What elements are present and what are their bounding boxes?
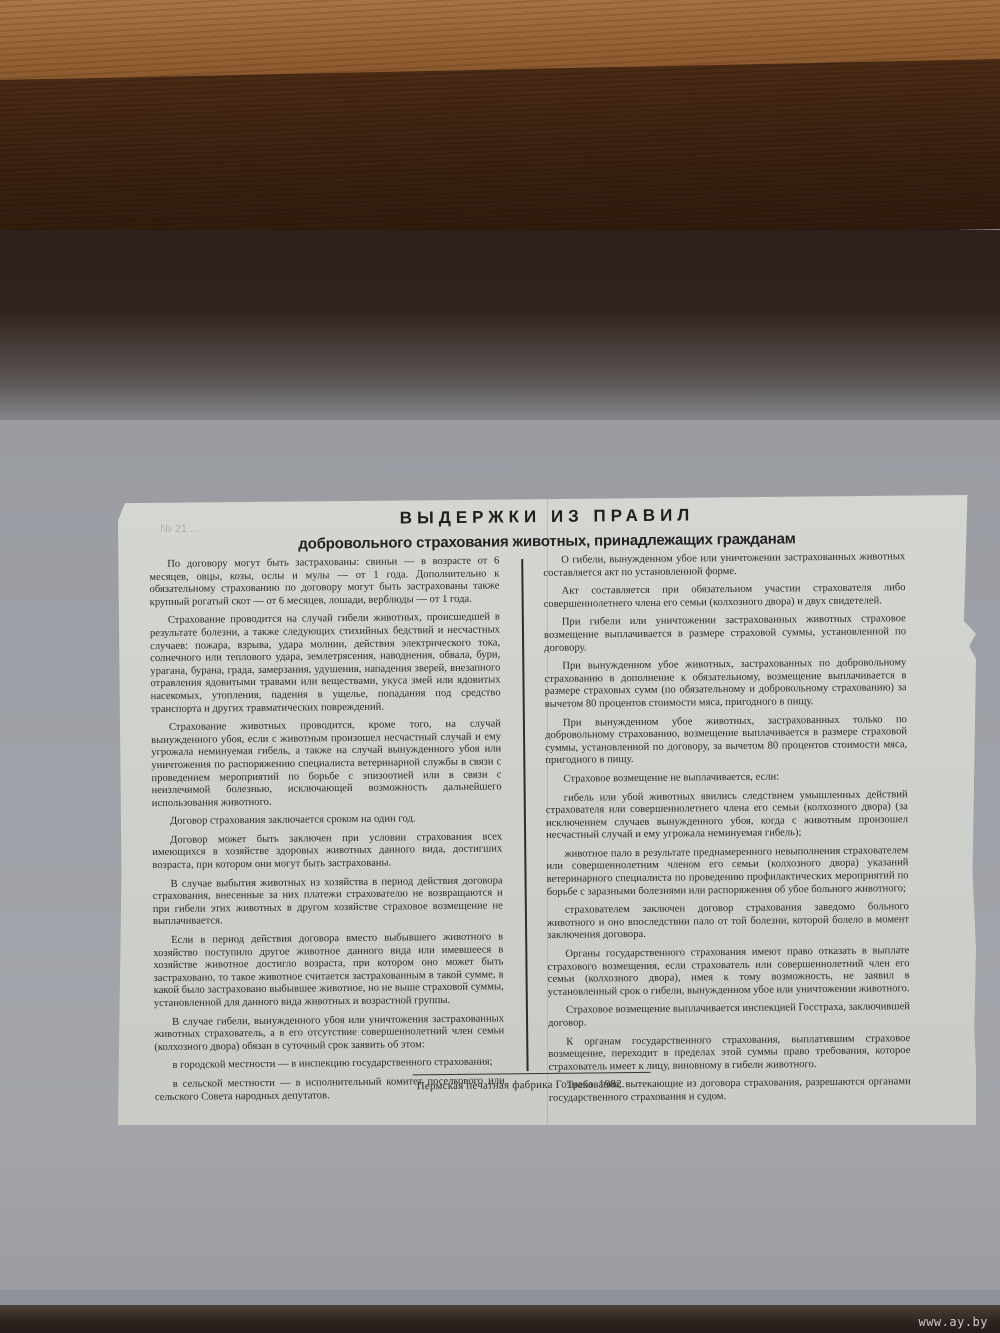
paragraph: К органам государственного страхования, …: [548, 1033, 910, 1075]
insurance-rules-sheet: № 21 ... ВЫДЕРЖКИ ИЗ ПРАВИЛ добровольног…: [118, 495, 976, 1125]
paragraph: По договору могут быть застрахованы: сви…: [149, 555, 500, 609]
watermark: www.ay.by: [918, 1315, 988, 1329]
paragraph: В случае выбытия животных из хозяйства в…: [153, 875, 504, 929]
table-edge: www.ay.by: [0, 1305, 1000, 1333]
printer-imprint: Пермская печатная фабрика Гознака. 1982.: [417, 1078, 625, 1092]
left-column: По договору могут быть застрахованы: сви…: [149, 555, 505, 1110]
paragraph: При вынужденном убое животных, застрахов…: [545, 714, 908, 768]
paragraph: Страхование проводится на случай гибели …: [150, 612, 501, 716]
paragraph: Страховое возмещение не выплачивается, е…: [545, 770, 907, 786]
text-columns: По договору могут быть застрахованы: сви…: [149, 551, 931, 1099]
column-divider: [521, 559, 528, 1071]
paragraph: страхователем заключен договор страхован…: [547, 901, 909, 943]
paragraph: Страховое возмещение выплачивается инспе…: [548, 1002, 910, 1031]
paragraph: В случае гибели, вынужденного убоя или у…: [154, 1013, 504, 1054]
paragraph: животное пало в результате преднамеренно…: [546, 845, 909, 899]
paragraph: гибель или убой животных явились следств…: [546, 789, 909, 843]
right-column: О гибели, вынужденном убое или уничтожен…: [543, 551, 911, 1111]
paragraph: в городской местности — в инспекцию госу…: [154, 1057, 504, 1073]
paragraph: При гибели или уничтожении застрахованны…: [544, 614, 906, 656]
wooden-shelf-front: [0, 59, 1000, 250]
paragraph: Договор может быть заключен при условии …: [152, 831, 502, 872]
paragraph: О гибели, вынужденном убое или уничтожен…: [543, 551, 905, 580]
shelf-shadow: [0, 230, 1000, 430]
paragraph: Акт составляется при обязательном участи…: [543, 582, 905, 611]
paragraph: Страхование животных проводится, кроме т…: [151, 719, 502, 811]
paragraph: Договор страхования заключается сроком н…: [152, 813, 502, 829]
paragraph: При вынужденном убое животных, застрахов…: [544, 657, 907, 711]
paragraph: Органы государственного страхования имею…: [547, 945, 910, 999]
paragraph: Если в период действия договора вместо в…: [153, 931, 504, 1010]
